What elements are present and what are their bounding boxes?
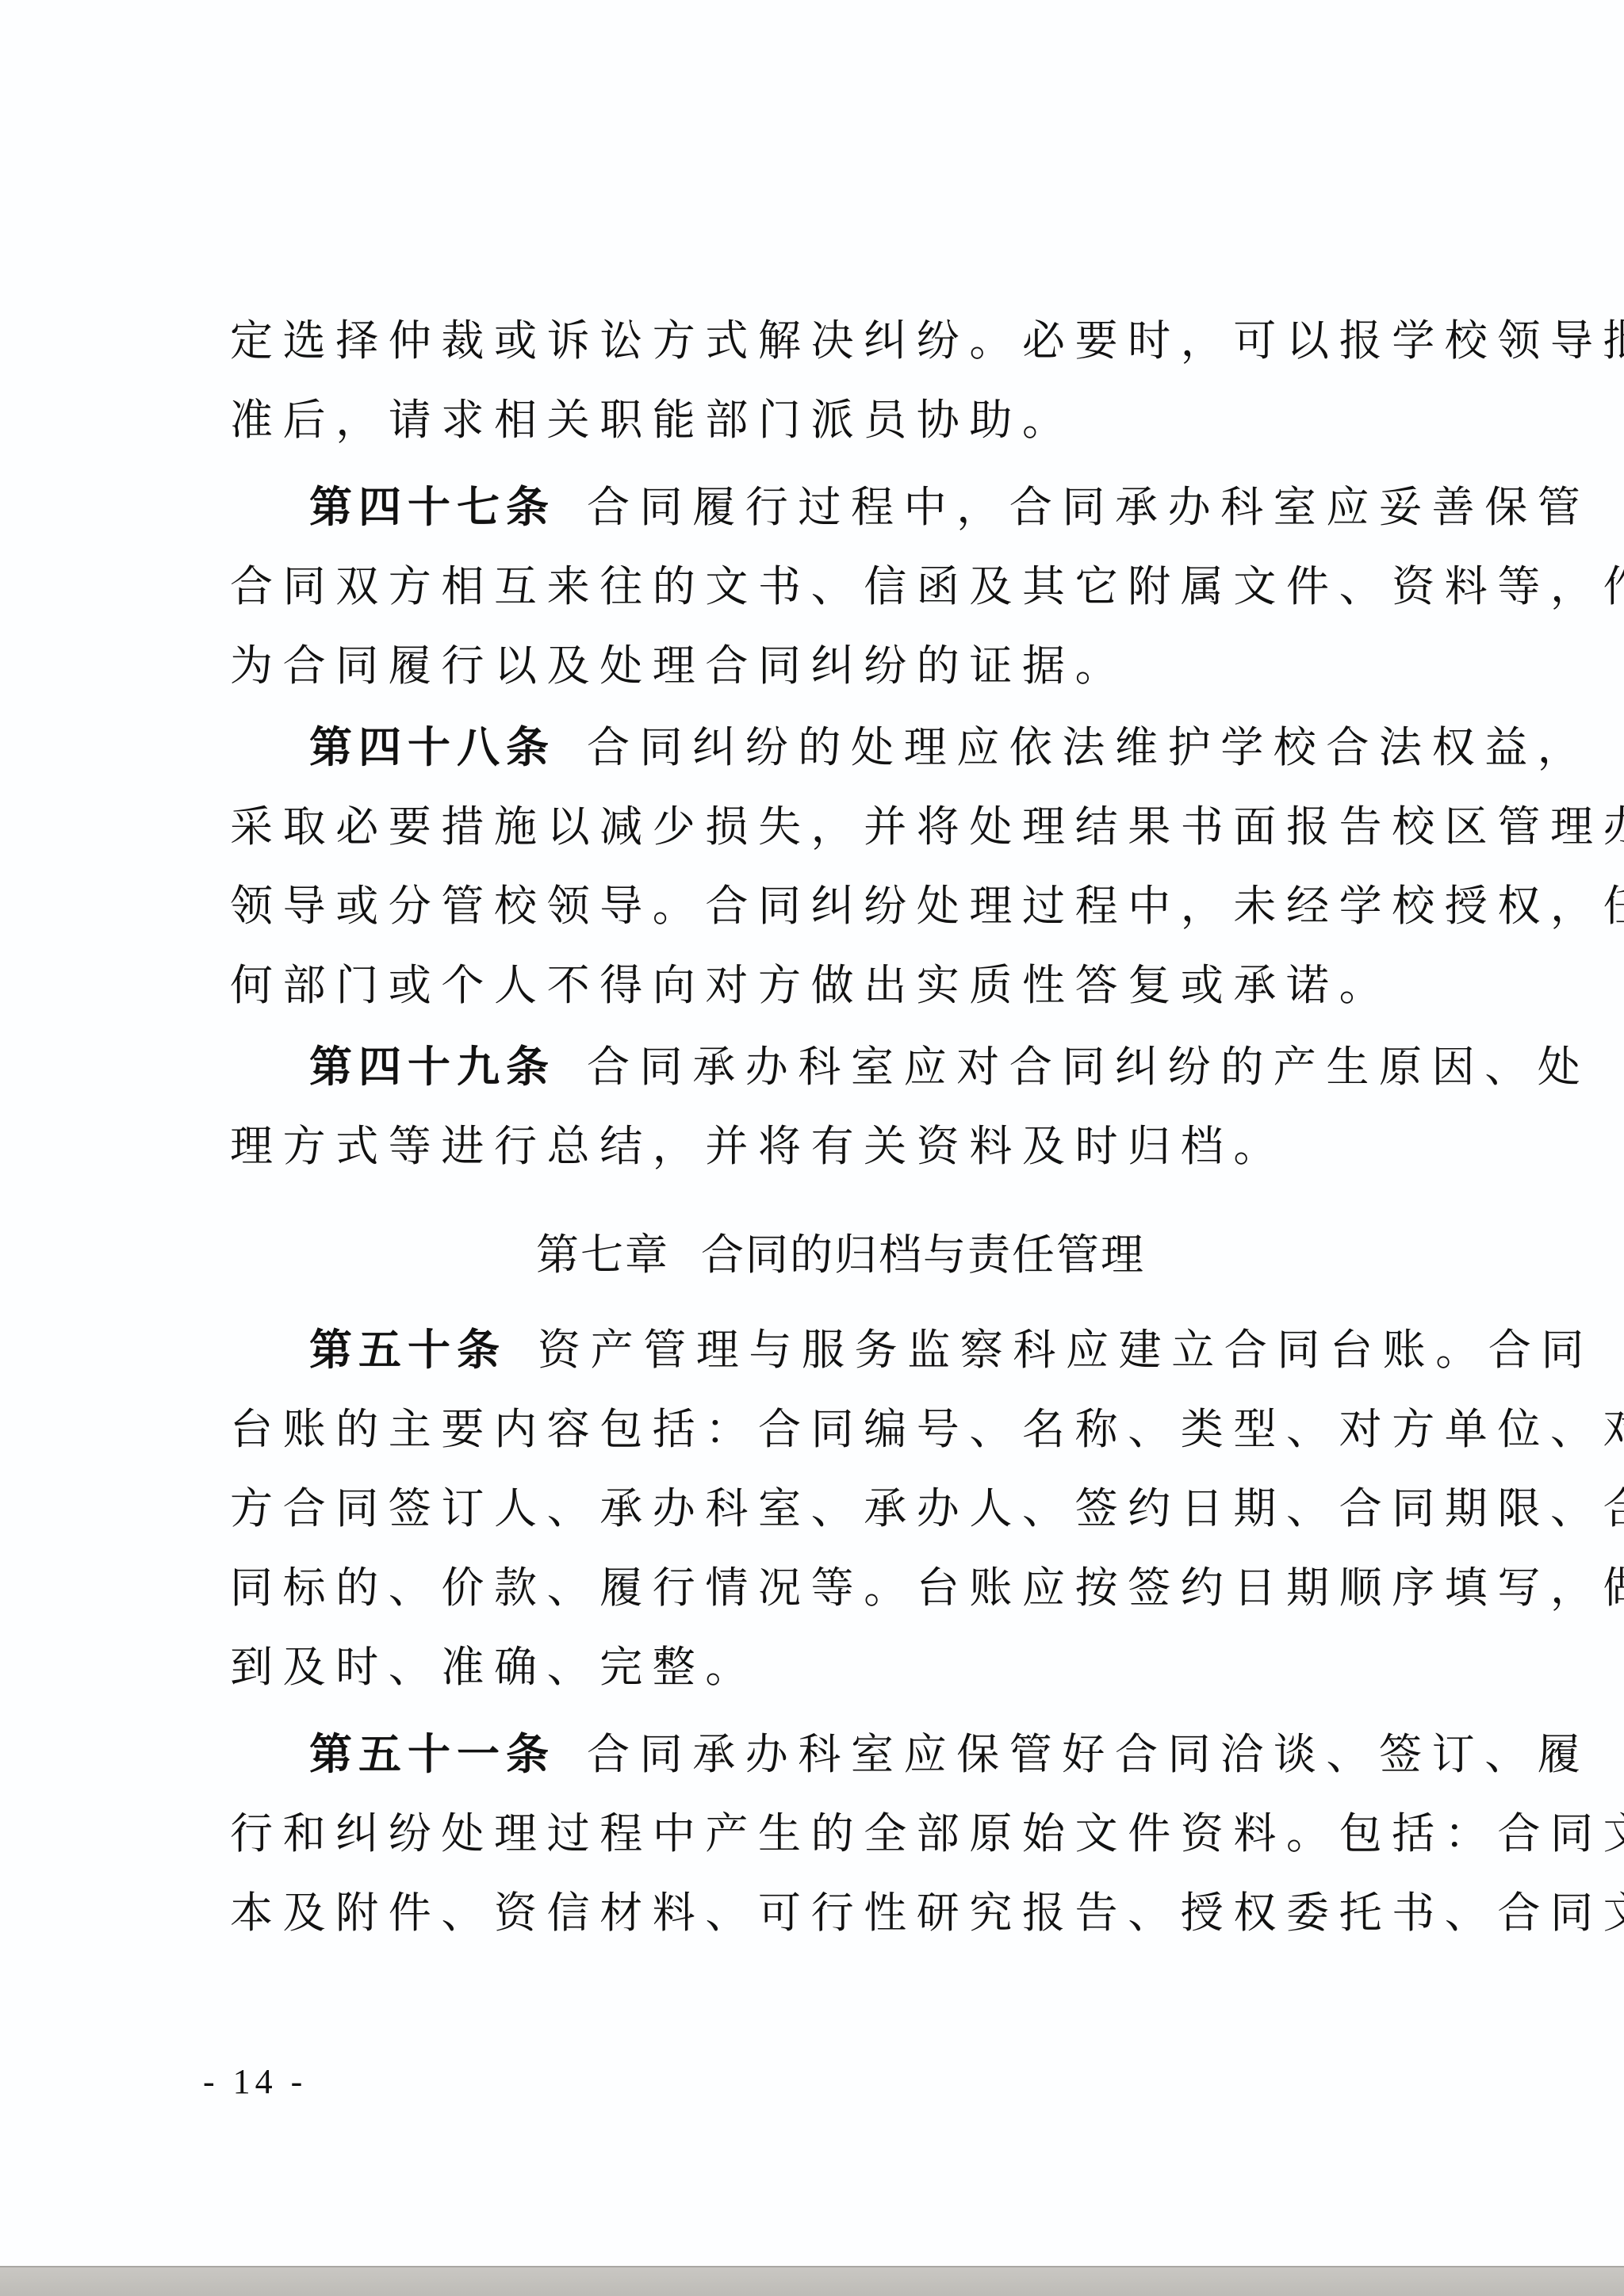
body-line: 为合同履行以及处理合同纠纷的证据。 (230, 626, 1451, 706)
article-number: 第五十条 (309, 1325, 506, 1375)
article-number: 第四十七条 (309, 482, 555, 532)
article-48-first-line: 第四十八条合同纠纷的处理应依法维护学校合法权益， (230, 708, 1451, 787)
body-line: 行和纠纷处理过程中产生的全部原始文件资料。包括：合同文 (230, 1794, 1451, 1873)
body-line: 台账的主要内容包括：合同编号、名称、类型、对方单位、对 (230, 1390, 1451, 1469)
chapter-number: 第七章 (536, 1230, 669, 1280)
body-line: 到及时、准确、完整。 (230, 1628, 1451, 1707)
page-number: - 14 - (203, 2061, 307, 2102)
body-line: 定选择仲裁或诉讼方式解决纠纷。必要时，可以报学校领导批 (230, 301, 1451, 381)
article-text: 合同纠纷的处理应依法维护学校合法权益， (587, 722, 1590, 772)
chapter-title: 合同的归档与责任管理 (701, 1230, 1145, 1280)
page-edge-shadow (0, 2266, 1624, 2296)
body-line: 理方式等进行总结，并将有关资料及时归档。 (230, 1107, 1451, 1186)
article-text: 资产管理与服务监察科应建立合同台账。合同 (538, 1325, 1594, 1375)
article-text: 合同承办科室应对合同纠纷的产生原因、处 (587, 1042, 1590, 1092)
body-line: 合同双方相互来往的文书、信函及其它附属文件、资料等，作 (230, 547, 1451, 626)
body-line: 领导或分管校领导。合同纠纷处理过程中，未经学校授权，任 (230, 867, 1451, 946)
body-line: 采取必要措施以减少损失，并将处理结果书面报告校区管理办 (230, 787, 1451, 867)
article-text: 合同履行过程中，合同承办科室应妥善保管 (587, 482, 1590, 532)
article-50-first-line: 第五十条资产管理与服务监察科应建立合同台账。合同 (230, 1311, 1451, 1390)
article-text: 合同承办科室应保管好合同洽谈、签订、履 (587, 1729, 1590, 1779)
article-number: 第四十八条 (309, 722, 555, 772)
chapter-heading: 第七章合同的归档与责任管理 (230, 1215, 1451, 1295)
article-49-first-line: 第四十九条合同承办科室应对合同纠纷的产生原因、处 (230, 1027, 1451, 1107)
article-47-first-line: 第四十七条合同履行过程中，合同承办科室应妥善保管 (230, 468, 1451, 547)
body-line: 准后，请求相关职能部门派员协助。 (230, 381, 1451, 460)
body-line: 方合同签订人、承办科室、承办人、签约日期、合同期限、合 (230, 1469, 1451, 1548)
article-51-first-line: 第五十一条合同承办科室应保管好合同洽谈、签订、履 (230, 1715, 1451, 1794)
body-line: 本及附件、资信材料、可行性研究报告、授权委托书、合同文 (230, 1873, 1451, 1953)
article-number: 第四十九条 (309, 1042, 555, 1092)
body-line: 何部门或个人不得向对方做出实质性答复或承诺。 (230, 946, 1451, 1025)
body-line: 同标的、价款、履行情况等。台账应按签约日期顺序填写，做 (230, 1548, 1451, 1628)
document-page: 定选择仲裁或诉讼方式解决纠纷。必要时，可以报学校领导批 准后，请求相关职能部门派… (0, 0, 1624, 2266)
article-number: 第五十一条 (309, 1729, 555, 1779)
